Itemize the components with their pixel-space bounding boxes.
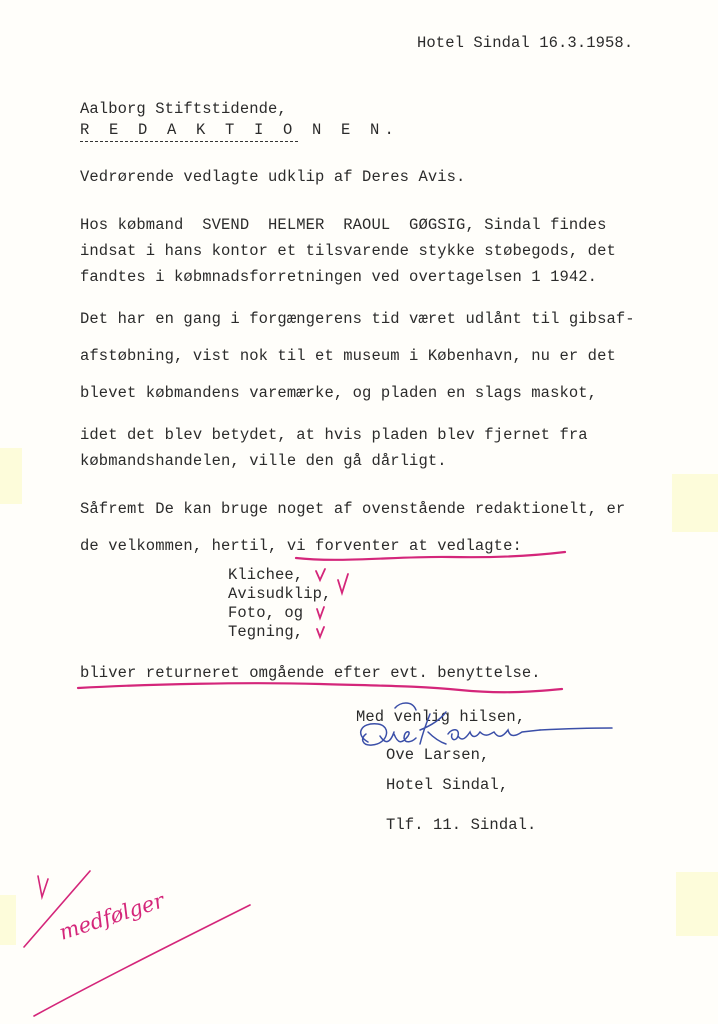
underline-mark — [78, 683, 562, 692]
signer-name: Ove Larsen, — [386, 746, 489, 764]
margin-note: medfølger — [56, 888, 169, 945]
tape-mark-right-middle — [672, 474, 718, 532]
margin-annotation — [24, 871, 250, 1016]
recipient-department: R E D A K T I O N E N. — [80, 121, 399, 139]
paragraph-line: afstøbning, vist nok til et museum i Køb… — [80, 347, 616, 365]
paragraph-line: Hos købmand SVEND HELMER RAOUL GØGSIG, S… — [80, 216, 606, 234]
check-mark-icon — [338, 574, 348, 593]
paragraph-line: de velkommen, hertil, vi forventer at ve… — [80, 537, 522, 555]
check-mark-icon — [316, 569, 325, 580]
subject-line: Vedrørende vedlagte udklip af Deres Avis… — [80, 168, 465, 186]
paragraph-line: idet det blev betydet, at hvis pladen bl… — [80, 426, 588, 444]
check-mark-icon — [317, 607, 324, 618]
check-mark-icon — [317, 627, 324, 637]
place-date: Hotel Sindal 16.3.1958. — [417, 34, 633, 52]
recipient-name: Aalborg Stiftstidende, — [80, 100, 287, 118]
signer-phone: Tlf. 11. Sindal. — [386, 816, 536, 834]
enclosure-item: Avisudklip, — [228, 585, 331, 603]
paragraph-line: blevet købmandens varemærke, og pladen e… — [80, 384, 597, 402]
department-underline — [80, 141, 298, 142]
tape-mark-right-bottom — [676, 872, 718, 936]
enclosure-item: Tegning, — [228, 623, 303, 641]
greeting: Med venlig hilsen, — [356, 708, 525, 726]
tape-mark-left-bottom — [0, 895, 16, 945]
paragraph-line: Det har en gang i forgængerens tid været… — [80, 310, 635, 328]
paragraph-line: fandtes i købmnadsforretningen ved overt… — [80, 268, 597, 286]
signer-company: Hotel Sindal, — [386, 776, 508, 794]
closing-line: bliver returneret omgående efter evt. be… — [80, 664, 541, 682]
paragraph-line: indsat i hans kontor et tilsvarende styk… — [80, 242, 616, 260]
check-mark-icon — [38, 876, 48, 897]
paragraph-line: købmandshandelen, ville den gå dårligt. — [80, 452, 447, 470]
letter-page: Hotel Sindal 16.3.1958. Aalborg Stiftsti… — [0, 0, 718, 1024]
enclosure-item: Foto, og — [228, 604, 303, 622]
tape-mark-left-middle — [0, 448, 22, 504]
paragraph-line: Såfremt De kan bruge noget af ovenståend… — [80, 500, 625, 518]
enclosure-item: Klichee, — [228, 566, 303, 584]
